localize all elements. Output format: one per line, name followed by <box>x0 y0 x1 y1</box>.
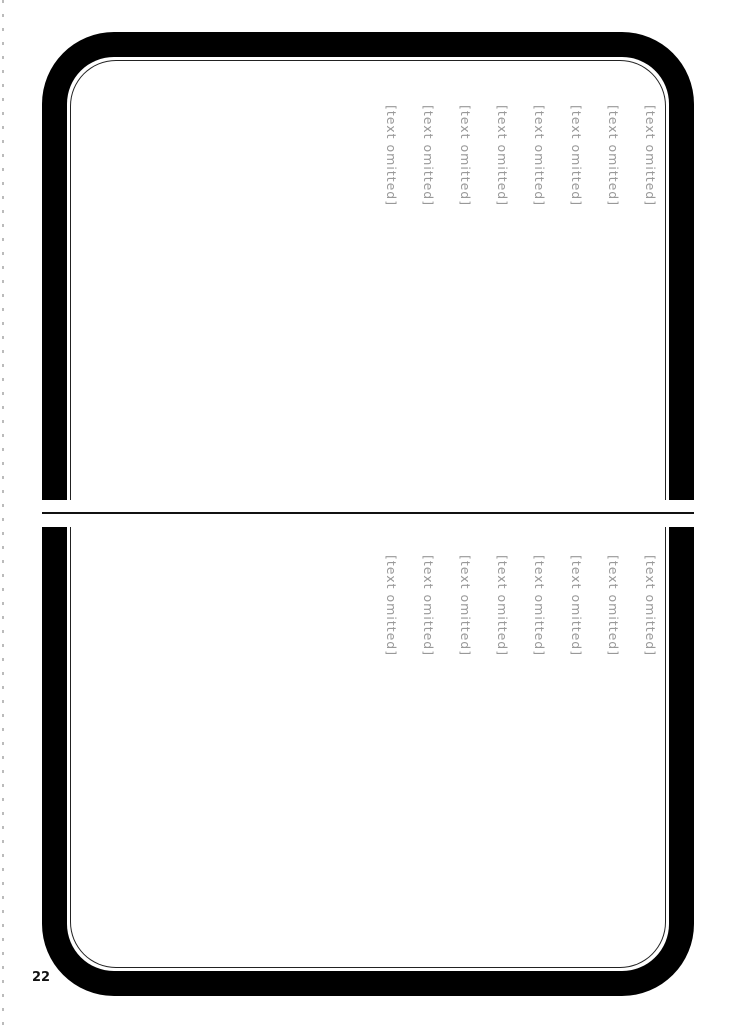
text-column: [text omitted] <box>606 105 621 475</box>
text-column: [text omitted] <box>421 555 436 935</box>
text-column: [text omitted] <box>384 555 399 935</box>
text-column: [text omitted] <box>384 105 399 475</box>
text-column: [text omitted] <box>495 105 510 475</box>
panel-divider <box>42 512 694 514</box>
text-column: [text omitted] <box>569 105 584 475</box>
text-column: [text omitted] <box>458 555 473 935</box>
text-column: [text omitted] <box>532 555 547 935</box>
text-column: [text omitted] <box>532 105 547 475</box>
scan-edge-marks <box>2 0 4 1035</box>
text-column: [text omitted] <box>569 555 584 935</box>
text-column: [text omitted] <box>606 555 621 935</box>
page-number: 22 <box>32 970 50 985</box>
text-column: [text omitted] <box>643 105 658 475</box>
text-column: [text omitted] <box>643 555 658 935</box>
bottom-panel-text: [text omitted] [text omitted] [text omit… <box>384 555 658 935</box>
text-column: [text omitted] <box>421 105 436 475</box>
top-panel-text: [text omitted] [text omitted] [text omit… <box>384 105 658 475</box>
text-column: [text omitted] <box>495 555 510 935</box>
text-column: [text omitted] <box>458 105 473 475</box>
